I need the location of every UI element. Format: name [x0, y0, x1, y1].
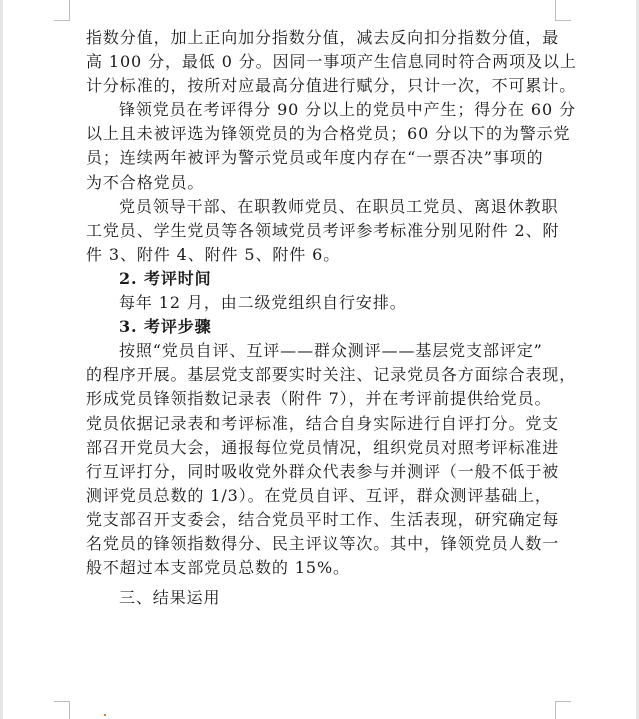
paragraph-scoring-calc: 指数分值，加上正向加分指数分值，减去反向扣分指数分值，最 高 100 分，最低 …: [86, 26, 456, 98]
text-line: 为不合格党员。: [86, 171, 456, 195]
text-line: 锋领党员在考评得分 90 分以上的党员中产生；得分在 60 分: [86, 98, 456, 122]
text-line: 计分标准的，按所对应最高分值进行赋分，只计一次，不可累计。: [86, 74, 456, 98]
text-line: 名党员的锋领指数得分、民主评议等次。其中，锋领党员人数一: [86, 532, 456, 556]
text-line: 测评党员总数的 1/3）。在党员自评、互评，群众测评基础上，: [86, 484, 456, 508]
text-line: 高 100 分，最低 0 分。因同一事项产生信息同时符合两项及以上: [86, 50, 456, 74]
top-right-margin-mark-h: [555, 20, 571, 21]
text-line: 三、结果运用: [86, 586, 456, 610]
bottom-right-margin-mark-h: [555, 701, 571, 702]
text-line: 党员领导干部、在职教师党员、在职员工党员、离退休教职: [86, 195, 456, 219]
bottom-right-margin-mark-v: [555, 701, 556, 719]
text-line: 般不超过本支部党员总数的 15%。: [86, 556, 456, 580]
text-line: 工党员、学生党员等各领域党员考评参考标准分别见附件 2、附: [86, 219, 456, 243]
paragraph-grades: 锋领党员在考评得分 90 分以上的党员中产生；得分在 60 分 以上且未被评选为…: [86, 98, 456, 194]
heading-evaluation-time: 2. 考评时间: [86, 267, 456, 291]
paragraph-standards: 党员领导干部、在职教师党员、在职员工党员、离退休教职 工党员、学生党员等各领域党…: [86, 195, 456, 267]
text-line: 指数分值，加上正向加分指数分值，减去反向扣分指数分值，最: [86, 26, 456, 50]
text-line: 部召开党员大会，通报每位党员情况，组织党员对照考评标准进: [86, 436, 456, 460]
bottom-left-margin-mark-v: [69, 701, 70, 719]
text-line: 件 3、附件 4、附件 5、附件 6。: [86, 243, 456, 267]
heading-evaluation-steps: 3. 考评步骤: [86, 315, 456, 339]
text-line: 的程序开展。基层党支部要实时关注、记录党员各方面综合表现，: [86, 363, 456, 387]
heading-results-usage: 三、结果运用: [86, 586, 456, 610]
paragraph-time: 每年 12 月，由二级党组织自行安排。: [86, 291, 456, 315]
text-line: 以上且未被评选为锋领党员的为合格党员；60 分以下的为警示党: [86, 122, 456, 146]
paragraph-steps: 按照“党员自评、互评——群众测评——基层党支部评定” 的程序开展。基层党支部要实…: [86, 339, 456, 580]
text-line: 党支部召开支委会，结合党员平时工作、生活表现，研究确定每: [86, 508, 456, 532]
text-line: 每年 12 月，由二级党组织自行安排。: [86, 291, 456, 315]
top-left-margin-mark-h: [54, 20, 70, 21]
document-body[interactable]: 指数分值，加上正向加分指数分值，减去反向扣分指数分值，最 高 100 分，最低 …: [86, 26, 456, 610]
text-line: 形成党员锋领指数记录表（附件 7），并在考评前提供给党员。: [86, 387, 456, 411]
bottom-left-margin-mark-h: [54, 701, 70, 702]
text-line: 按照“党员自评、互评——群众测评——基层党支部评定”: [86, 339, 456, 363]
text-line: 员；连续两年被评为警示党员或年度内存在“一票否决”事项的: [86, 146, 456, 170]
paragraph-mark-icon: [104, 714, 106, 716]
top-left-margin-mark-v: [69, 0, 70, 20]
text-line: 党员依据记录表和考评标准，结合自身实际进行自评打分。党支: [86, 412, 456, 436]
text-line: 行互评打分，同时吸收党外群众代表参与并测评（一般不低于被: [86, 460, 456, 484]
top-right-margin-mark-v: [555, 0, 556, 20]
